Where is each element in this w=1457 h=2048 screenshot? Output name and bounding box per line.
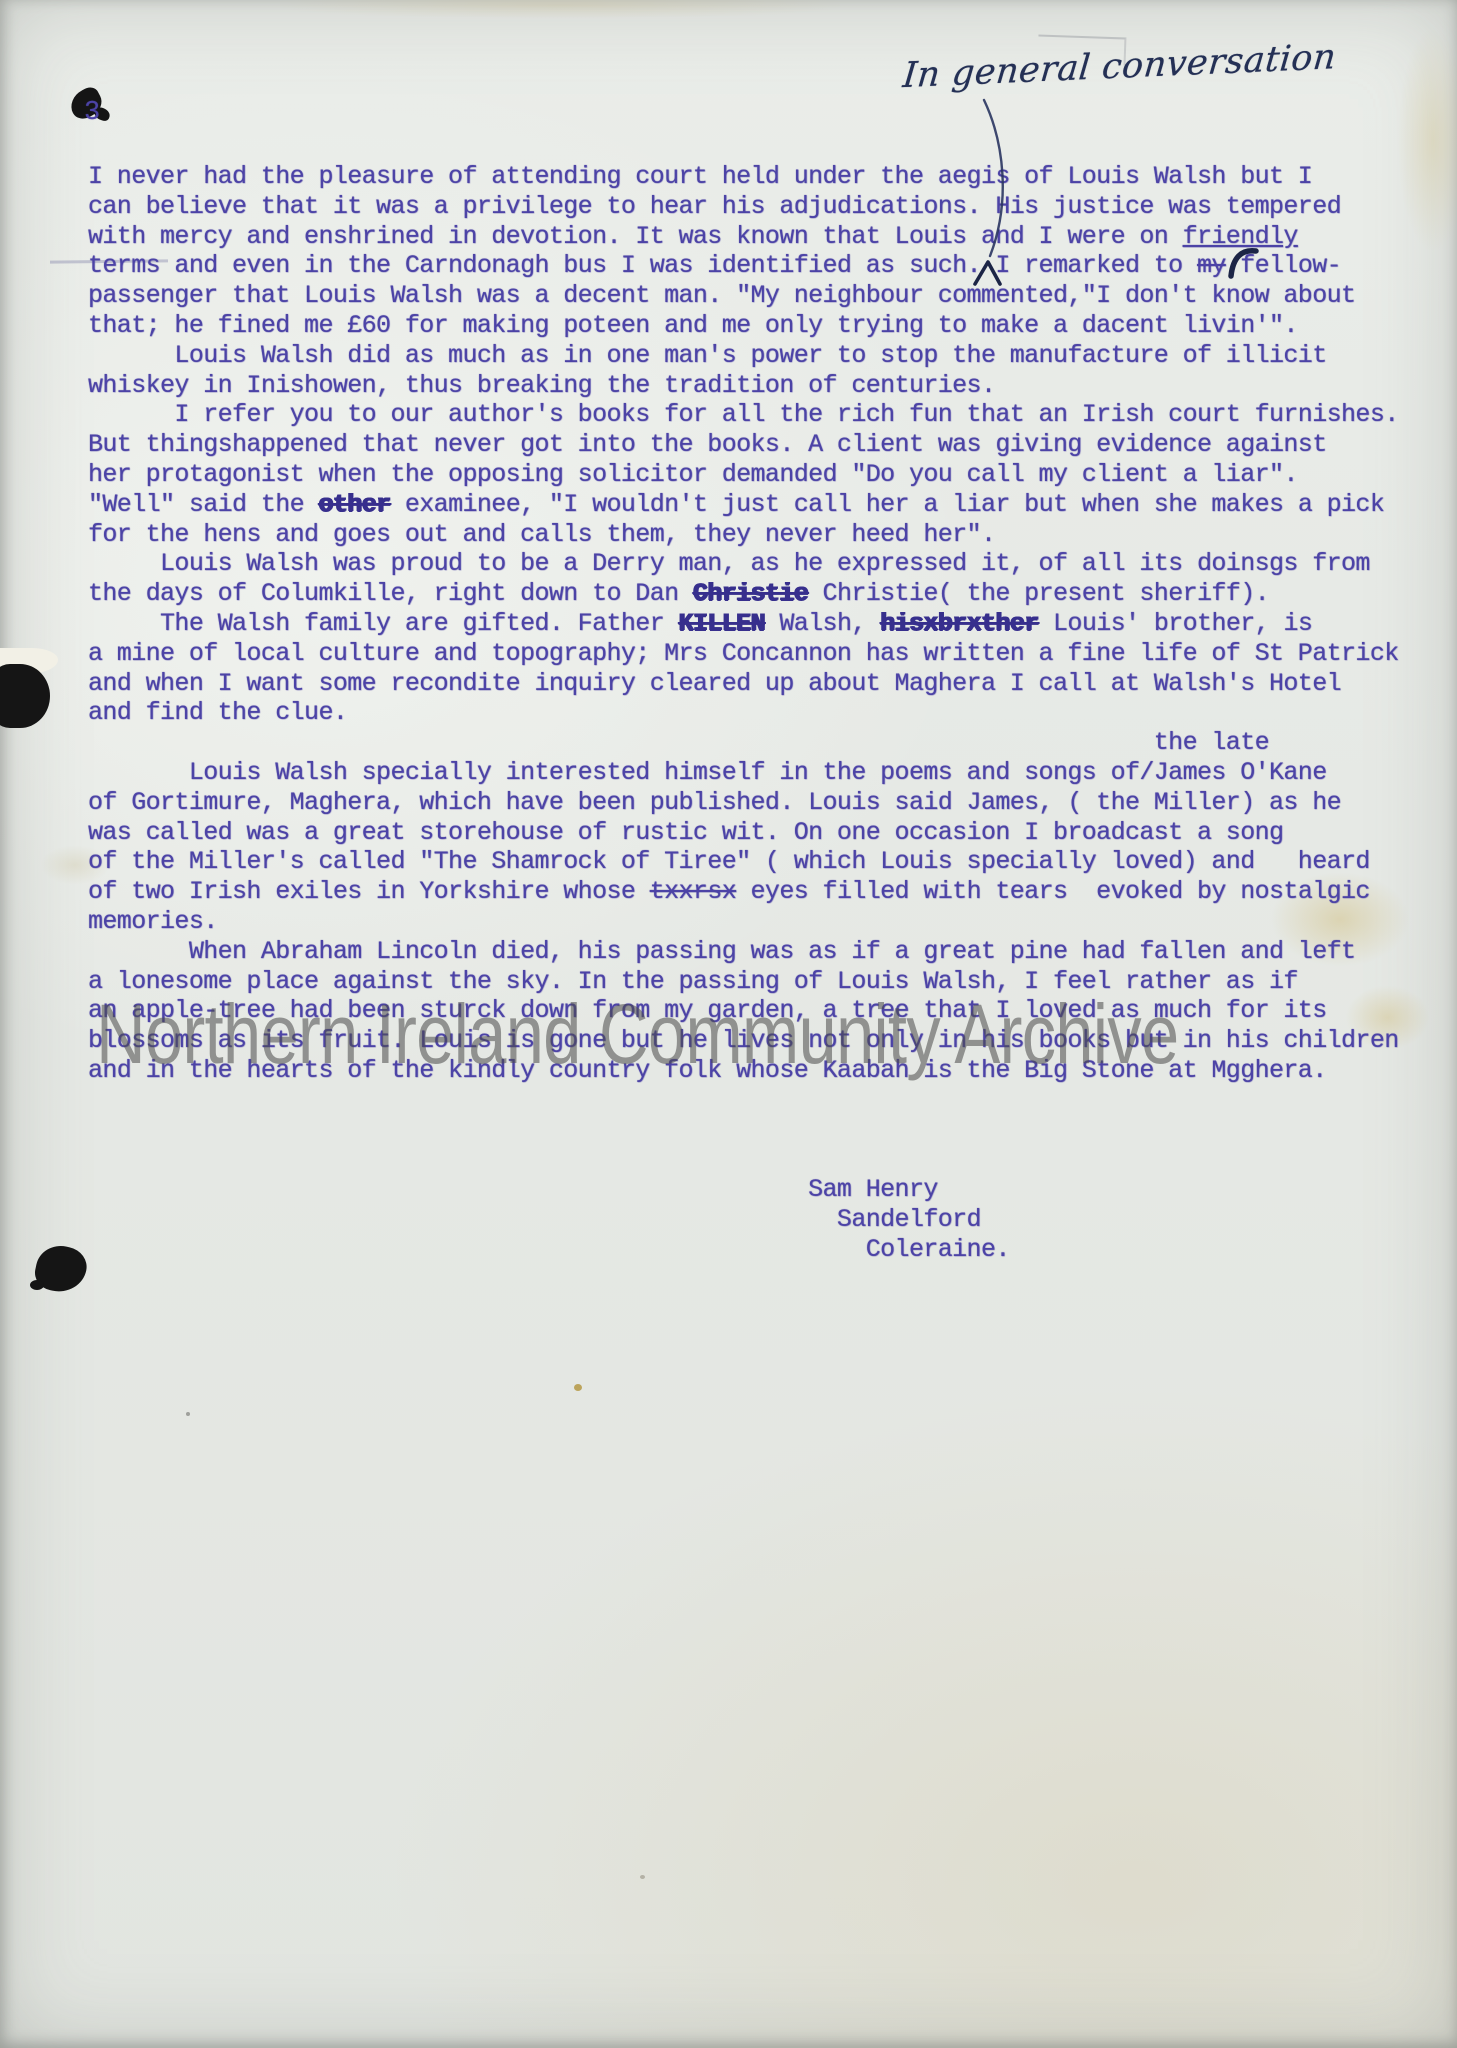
watermark: Northern Ireland Community Archive: [96, 986, 1178, 1083]
typed-line: Coleraine.: [88, 1235, 1399, 1265]
paper-speck: [574, 1384, 582, 1391]
typed-line: with mercy and enshrined in devotion. It…: [88, 222, 1399, 252]
typed-line: terms and even in the Carndonagh bus I w…: [88, 251, 1399, 281]
paper-speck: [186, 1412, 190, 1416]
typed-line: "Well" said the other examinee, "I would…: [88, 490, 1399, 520]
typed-line: of two Irish exiles in Yorkshire whose t…: [88, 877, 1399, 907]
typed-line: Louis Walsh specially interested himself…: [88, 758, 1399, 788]
typed-body: I never had the pleasure of attending co…: [88, 162, 1399, 1264]
typed-line: Sandelford: [88, 1205, 1399, 1235]
typed-line: whiskey in Inishowen, thus breaking the …: [88, 371, 1399, 401]
typed-line: [88, 1145, 1399, 1175]
typed-line: passenger that Louis Walsh was a decent …: [88, 281, 1399, 311]
typed-line: [88, 1116, 1399, 1146]
typed-line: of Gortimure, Maghera, which have been p…: [88, 788, 1399, 818]
typed-line: that; he fined me £60 for making poteen …: [88, 311, 1399, 341]
typed-line: the days of Columkille, right down to Da…: [88, 579, 1399, 609]
paper-stain: [1398, 30, 1457, 250]
page-number: 3: [84, 98, 100, 128]
typed-line: and find the clue.: [88, 698, 1399, 728]
typed-line: can believe that it was a privilege to h…: [88, 192, 1399, 222]
typed-line: When Abraham Lincoln died, his passing w…: [88, 937, 1399, 967]
paper-hole-left: [0, 664, 50, 728]
typed-line: The Walsh family are gifted. Father KILL…: [88, 609, 1399, 639]
typed-line: Louis Walsh did as much as in one man's …: [88, 341, 1399, 371]
paper-stain: [280, 0, 840, 18]
document-scan: 3 I never had the pleasure of attending …: [0, 0, 1457, 2048]
typed-line: her protagonist when the opposing solici…: [88, 460, 1399, 490]
ink-blot-bottom-left: [30, 1280, 44, 1290]
handwritten-annotation: In general conversation: [901, 35, 1384, 96]
typed-line: was called was a great storehouse of rus…: [88, 818, 1399, 848]
typed-line: of the Miller's called "The Shamrock of …: [88, 847, 1399, 877]
typed-line: [88, 1086, 1399, 1116]
typed-line: and when I want some recondite inquiry c…: [88, 669, 1399, 699]
typed-line: for the hens and goes out and calls them…: [88, 520, 1399, 550]
typed-line: Sam Henry: [88, 1175, 1399, 1205]
typed-line: the late: [88, 728, 1399, 758]
typed-line: memories.: [88, 907, 1399, 937]
typed-line: But thingshappened that never got into t…: [88, 430, 1399, 460]
typed-line: Louis Walsh was proud to be a Derry man,…: [88, 549, 1399, 579]
typed-line: a mine of local culture and topography; …: [88, 639, 1399, 669]
paper-speck: [640, 1875, 645, 1879]
typed-line: I refer you to our author's books for al…: [88, 400, 1399, 430]
typed-line: I never had the pleasure of attending co…: [88, 162, 1399, 192]
